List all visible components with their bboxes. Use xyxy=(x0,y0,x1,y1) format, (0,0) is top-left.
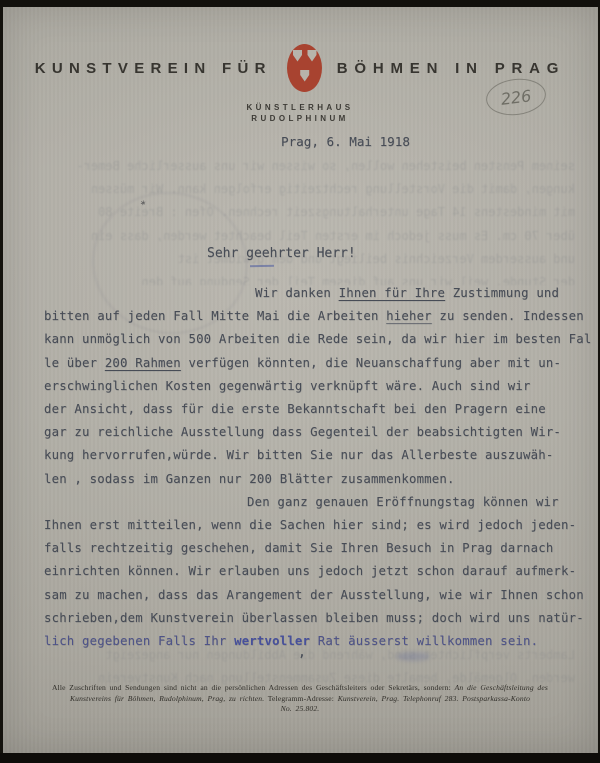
text-segment: Zustimmung und xyxy=(445,286,559,300)
imprint-line: Alle Zuschriften und Sendungen sind nich… xyxy=(36,683,564,694)
text-segment: bitten auf jeden Fall Mitte Mai die Arbe… xyxy=(44,309,386,323)
text-segment: Ihnen erst mitteilen, wenn die Sachen hi… xyxy=(44,518,576,532)
text-segment: 200 Rahmen xyxy=(105,356,181,370)
imprint-line: No. 25.802. xyxy=(36,704,564,715)
text-segment: Den ganz genauen Eröffnungstag können wi… xyxy=(247,495,559,509)
text-segment: Alle Zuschriften und Sendungen sind nich… xyxy=(52,683,455,692)
text-segment: falls rechtzeitig geschehen, damit Sie I… xyxy=(44,541,553,555)
text-segment: hieher xyxy=(386,309,432,323)
text-segment: Rat äusserst willkommen sein. xyxy=(310,634,538,648)
letter-line: Den ganz genauen Eröffnungstag können wi… xyxy=(44,491,576,514)
imprint-line: Kunstvereins für Böhmen, Rudolphinum, Pr… xyxy=(36,694,564,705)
letter-line: lich gegebenen Falls Ihr wertvoller Rat … xyxy=(44,630,576,653)
letter-body: Wir danken Ihnen für Ihre Zustimmung und… xyxy=(44,282,576,653)
date-line: Prag, 6. Mai 1918 xyxy=(281,134,410,149)
text-segment: seinem Pensten beistehen wollen, so wiss… xyxy=(77,159,576,173)
letter-line: kann unmöglich von 500 Arbeiten die Rede… xyxy=(44,328,576,351)
bleed-line: kungen, damit die Vorstellung rechtzeiti… xyxy=(30,178,575,201)
bleed-line: seinem Pensten beistehen wollen, so wiss… xyxy=(30,155,575,178)
text-segment: sam zu machen, dass das Arangement der A… xyxy=(44,588,584,602)
letter-line: Wir danken Ihnen für Ihre Zustimmung und xyxy=(44,282,576,305)
letter-line: einrichten können. Wir erlauben uns jedo… xyxy=(44,560,576,583)
stray-comma: , xyxy=(298,645,306,660)
letter-line: der Ansicht, dass für die erste Bekannts… xyxy=(44,398,576,421)
text-segment: No. 25.802. xyxy=(281,704,320,713)
letterhead-name-right: BÖHMEN IN PRAG xyxy=(337,60,566,77)
text-segment: schrieben,dem Kunstverein überlassen ble… xyxy=(44,611,584,625)
letter-line: schrieben,dem Kunstverein überlassen ble… xyxy=(44,607,576,630)
text-segment: lich gegebenen Falls Ihr xyxy=(44,634,234,648)
salutation: Sehr geehrter Herr! xyxy=(207,246,356,261)
text-segment: kann unmöglich von 500 Arbeiten die Rede… xyxy=(44,332,591,346)
text-segment: Ihnen für Ihre xyxy=(339,286,445,300)
text-segment: Telegramm-Adresse: xyxy=(264,694,337,703)
text-segment: gar zu reichliche Ausstellung dass Gegen… xyxy=(44,425,561,439)
text-segment: kung hervorrufen,würde. Wir bitten Sie n… xyxy=(44,448,553,462)
text-segment: erschwinglichen Kosten gegenwärtig verkn… xyxy=(44,379,531,393)
letter-line: sam zu machen, dass das Arangement der A… xyxy=(44,584,576,607)
letter-line: bitten auf jeden Fall Mitte Mai die Arbe… xyxy=(44,305,576,328)
text-segment: An die Geschäftsleitung des xyxy=(455,683,548,692)
text-segment: einrichten können. Wir erlauben uns jedo… xyxy=(44,564,576,578)
text-segment: Kunstvereins für Böhmen, Rudolphinum, Pr… xyxy=(70,694,264,703)
letter-line: gar zu reichliche Ausstellung dass Gegen… xyxy=(44,421,576,444)
text-segment: verfügen könnten, die Neuanschaffung abe… xyxy=(181,356,561,370)
photo-edge-top xyxy=(0,0,600,7)
letter-line: falls rechtzeitig geschehen, damit Sie I… xyxy=(44,537,576,560)
letter-line: len , sodass im Ganzen nur 200 Blätter z… xyxy=(44,468,576,491)
photo-edge-bottom xyxy=(0,753,600,763)
text-segment: Wir danken xyxy=(255,286,339,300)
letter-scan: seinem Pensten beistehen wollen, so wiss… xyxy=(0,0,600,763)
pencil-mark: ∗ xyxy=(139,198,146,210)
letter-line: Ihnen erst mitteilen, wenn die Sachen hi… xyxy=(44,514,576,537)
text-segment: zu senden. Indessen xyxy=(432,309,584,323)
blue-underline-dash xyxy=(250,265,274,267)
letter-line: le über 200 Rahmen verfügen könnten, die… xyxy=(44,352,576,375)
letter-line: kung hervorrufen,würde. Wir bitten Sie n… xyxy=(44,444,576,467)
ink-smudge xyxy=(396,652,430,661)
three-shields-oval-emblem-icon xyxy=(286,43,323,93)
letter-line: erschwinglichen Kosten gegenwärtig verkn… xyxy=(44,375,576,398)
text-segment: der Ansicht, dass für die erste Bekannts… xyxy=(44,402,546,416)
letterhead-name-left: KUNSTVEREIN FÜR xyxy=(35,60,272,77)
archive-number-text: 226 xyxy=(500,86,533,109)
text-segment: le über xyxy=(44,356,105,370)
text-segment: Kunstverein, Prag. Telephonruf 283. Post… xyxy=(338,694,530,703)
footer-imprint: Alle Zuschriften und Sendungen sind nich… xyxy=(36,683,564,715)
text-segment: len , sodass im Ganzen nur 200 Blätter z… xyxy=(44,472,455,486)
